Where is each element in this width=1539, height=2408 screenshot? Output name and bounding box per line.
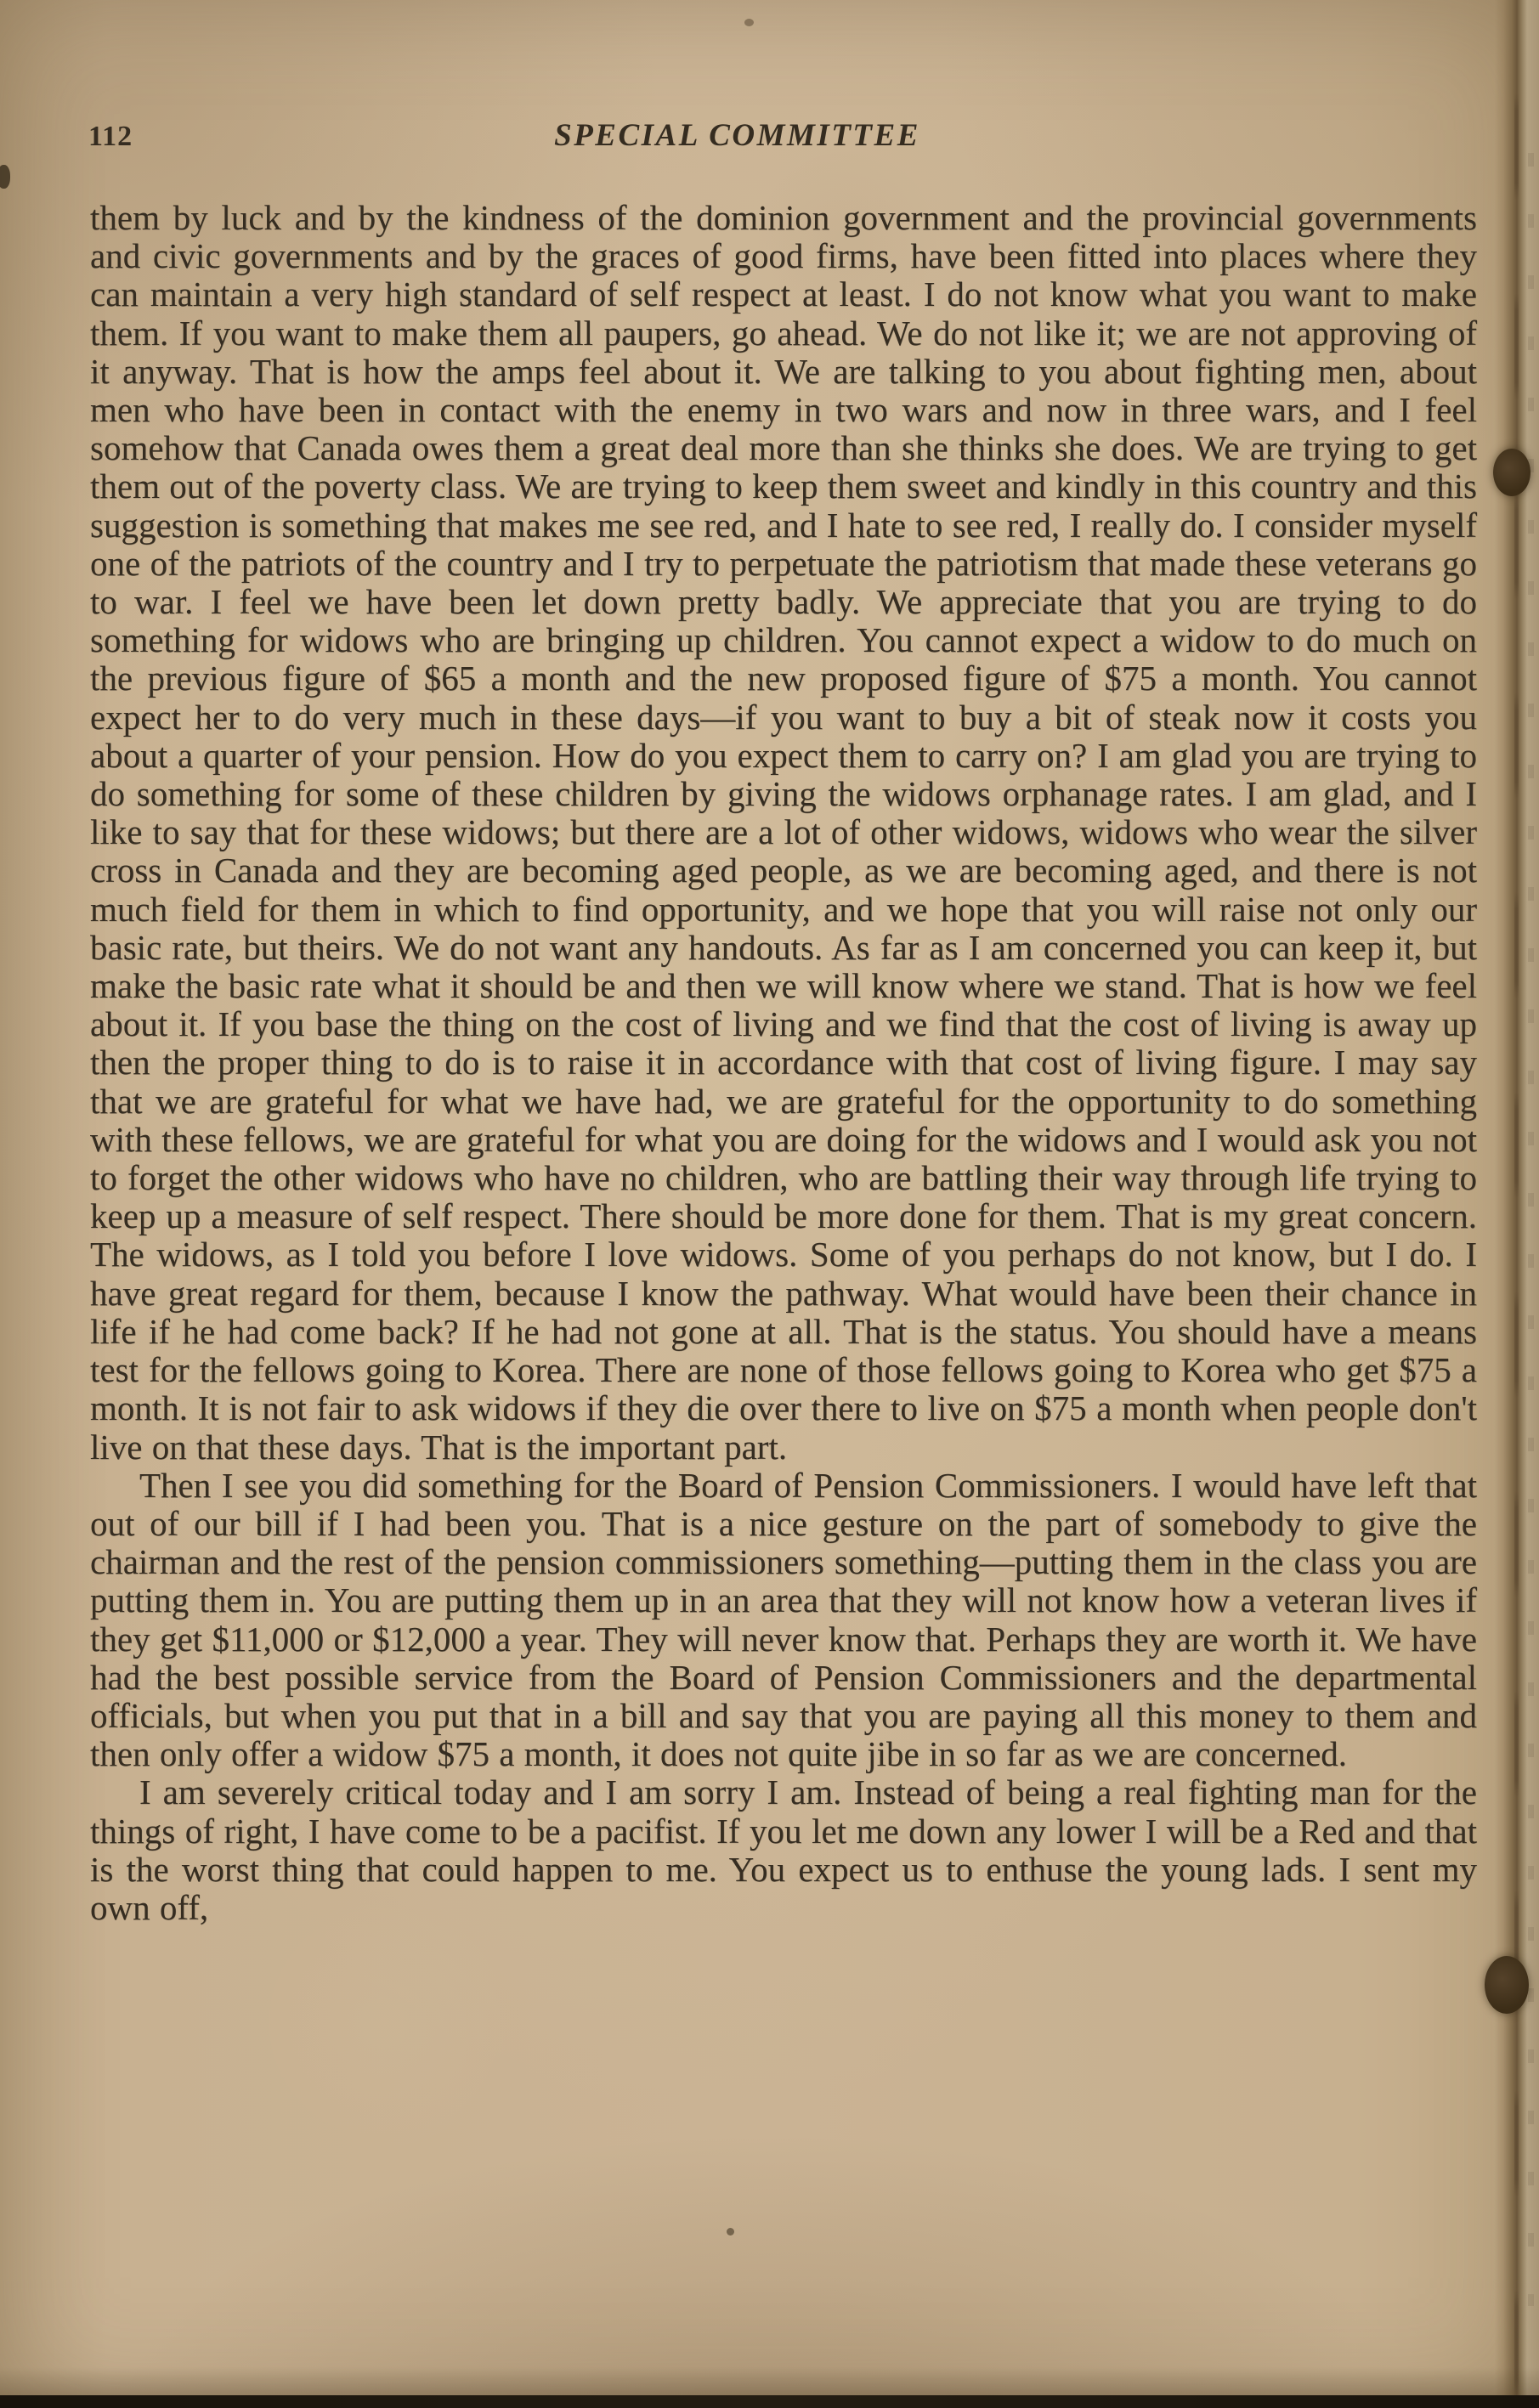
bottom-shadow	[0, 2367, 1539, 2396]
binder-hole-top	[1493, 449, 1531, 496]
paragraph-continuation: them by luck and by the kindness of the …	[90, 199, 1477, 1467]
paragraph: Then I see you did something for the Boa…	[90, 1467, 1477, 1774]
page-edge-crease	[1514, 0, 1519, 2408]
page-header: 112 SPECIAL COMMITTEE	[0, 117, 1539, 158]
running-title: SPECIAL COMMITTEE	[0, 117, 1474, 154]
page-body: them by luck and by the kindness of the …	[90, 199, 1477, 1927]
scan-speck	[744, 19, 754, 26]
binder-hole-bottom	[1485, 1956, 1529, 2014]
paragraph: I am severely critical today and I am so…	[90, 1773, 1477, 1927]
scan-speck	[727, 2228, 734, 2236]
scan-speck	[0, 165, 10, 189]
scanned-document-page: 112 SPECIAL COMMITTEE them by luck and b…	[0, 0, 1539, 2408]
scan-bottom-edge	[0, 2395, 1539, 2408]
